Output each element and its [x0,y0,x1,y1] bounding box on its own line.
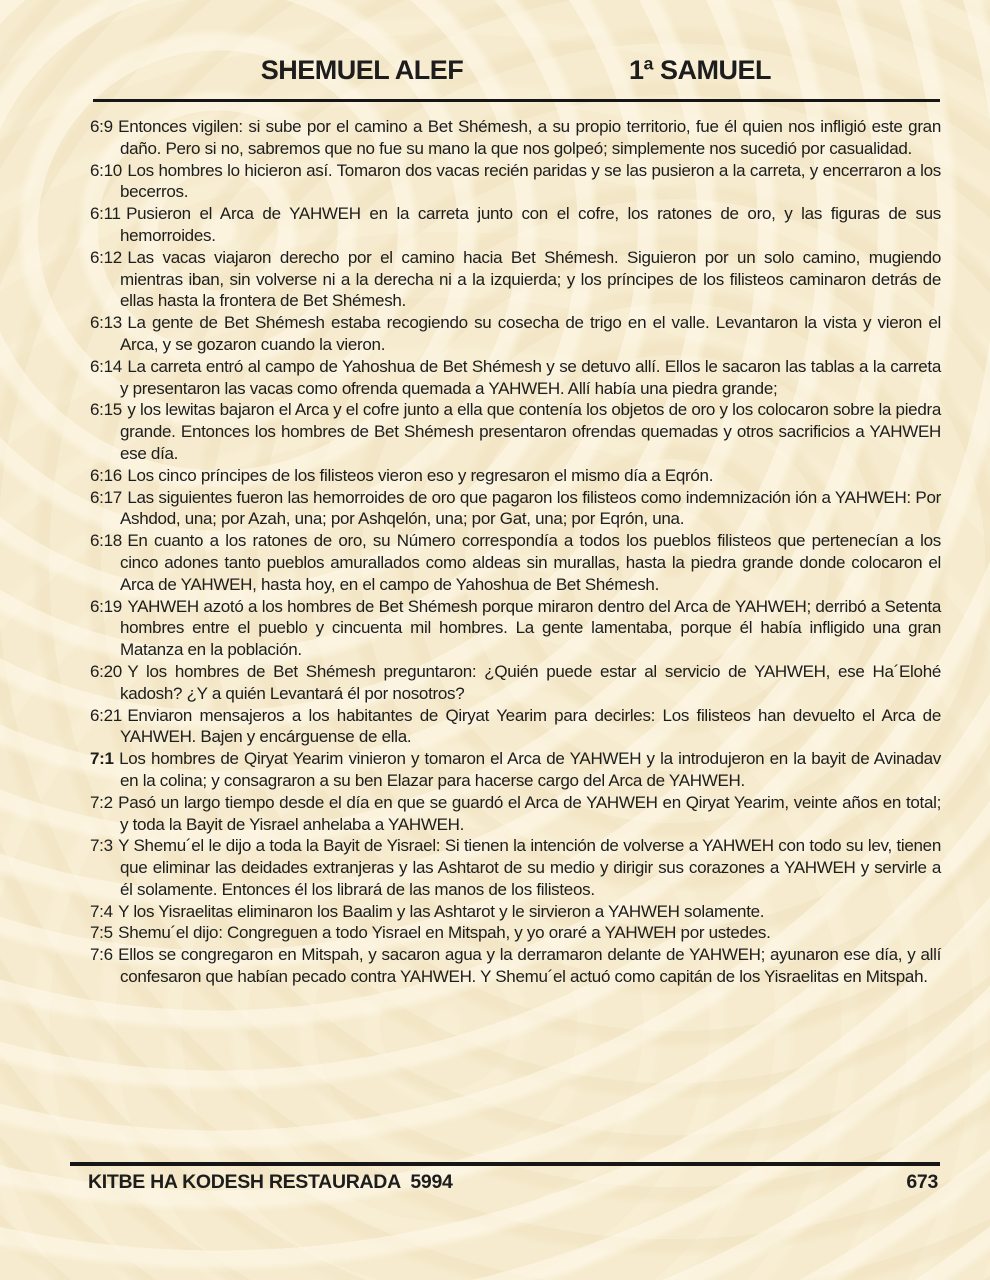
verse-number: 6:11 [90,204,121,223]
verse-7-6: 7:6Ellos se congregaron en Mitspah, y sa… [90,944,941,988]
scripture-page: SHEMUEL ALEF 1ª SAMUEL 6:9Entonces vigil… [0,0,990,1280]
footer-rule [70,1162,940,1166]
verse-text: La gente de Bet Shémesh estaba recogiend… [120,313,941,354]
verse-text: y los lewitas bajaron el Arca y el cofre… [120,400,941,463]
verse-6-11: 6:11Pusieron el Arca de YAHWEH en la car… [90,203,941,247]
verse-text: Los hombres de Qiryat Yearim vinieron y … [119,749,941,790]
verse-number: 6:21 [90,706,122,725]
verse-text: Pasó un largo tiempo desde el día en que… [118,793,941,834]
verse-text: Enviaron mensajeros a los habitantes de … [120,706,941,747]
verse-7-4: 7:4Y los Yisraelitas eliminaron los Baal… [90,901,941,923]
verse-number: 7:4 [90,902,113,921]
verse-number: 7:3 [90,836,113,855]
verse-6-13: 6:13La gente de Bet Shémesh estaba recog… [90,312,941,356]
verse-6-9: 6:9Entonces vigilen: si sube por el cami… [90,116,941,160]
verse-text: Ellos se congregaron en Mitspah, y sacar… [118,945,941,986]
verse-number: 6:17 [90,488,122,507]
verse-6-12: 6:12Las vacas viajaron derecho por el ca… [90,247,941,312]
verse-number: 7:6 [90,945,113,964]
verse-number: 6:16 [90,466,122,485]
verse-text: Y Shemu´el le dijo a toda la Bayit de Yi… [118,836,941,899]
verse-text: Y los hombres de Bet Shémesh preguntaron… [120,662,941,703]
verse-6-14: 6:14La carreta entró al campo de Yahoshu… [90,356,941,400]
verse-6-18: 6:18En cuanto a los ratones de oro, su N… [90,530,941,595]
verse-text: En cuanto a los ratones de oro, su Númer… [120,531,941,594]
verse-7-2: 7:2Pasó un largo tiempo desde el día en … [90,792,941,836]
verse-number: 6:13 [90,313,122,332]
verse-number: 6:18 [90,531,122,550]
page-header: SHEMUEL ALEF 1ª SAMUEL [0,55,990,91]
verse-text: Y los Yisraelitas eliminaron los Baalim … [118,902,764,921]
verse-text: Las siguientes fueron las hemorroides de… [120,488,941,529]
verse-number: 6:15 [90,400,122,419]
verse-text: Entonces vigilen: si sube por el camino … [118,117,941,158]
verse-6-10: 6:10Los hombres lo hicieron así. Tomaron… [90,160,941,204]
verse-number: 6:14 [90,357,122,376]
verse-number: 6:12 [90,248,122,267]
verse-6-15: 6:15y los lewitas bajaron el Arca y el c… [90,399,941,464]
verse-7-1: 7:1Los hombres de Qiryat Yearim vinieron… [90,748,941,792]
verse-number: 7:1 [90,749,114,768]
verse-number: 7:2 [90,793,113,812]
page-number: 673 [906,1171,938,1194]
verse-6-16: 6:16Los cinco príncipes de los filisteos… [90,465,941,487]
verse-number: 6:20 [90,662,122,681]
header-title-spanish: 1ª SAMUEL [629,55,771,86]
verse-number: 7:5 [90,923,113,942]
verse-6-17: 6:17Las siguientes fueron las hemorroide… [90,487,941,531]
verse-text: Pusieron el Arca de YAHWEH en la carreta… [120,204,941,245]
verse-text: Shemu´el dijo: Congreguen a todo Yisrael… [118,923,770,942]
verse-number: 6:10 [90,161,122,180]
page-footer: KITBE HA KODESH RESTAURADA 5994 673 [88,1171,938,1194]
verse-number: 6:9 [90,117,113,136]
verse-number: 6:19 [90,597,122,616]
verse-text: La carreta entró al campo de Yahoshua de… [120,357,941,398]
header-title-hebrew: SHEMUEL ALEF [261,55,464,86]
verse-6-21: 6:21Enviaron mensajeros a los habitantes… [90,705,941,749]
verse-7-5: 7:5Shemu´el dijo: Congreguen a todo Yisr… [90,922,941,944]
verse-text: Los hombres lo hicieron así. Tomaron dos… [120,161,941,202]
verse-text: Las vacas viajaron derecho por el camino… [120,248,941,311]
verse-6-19: 6:19YAHWEH azotó a los hombres de Bet Sh… [90,596,941,661]
verse-7-3: 7:3Y Shemu´el le dijo a toda la Bayit de… [90,835,941,900]
verse-list: 6:9Entonces vigilen: si sube por el cami… [90,116,941,988]
footer-edition-label: KITBE HA KODESH RESTAURADA 5994 [88,1171,453,1194]
verse-text: YAHWEH azotó a los hombres de Bet Shémes… [120,597,941,660]
verse-text: Los cinco príncipes de los filisteos vie… [127,466,713,485]
header-rule [93,99,940,102]
verse-6-20: 6:20Y los hombres de Bet Shémesh pregunt… [90,661,941,705]
